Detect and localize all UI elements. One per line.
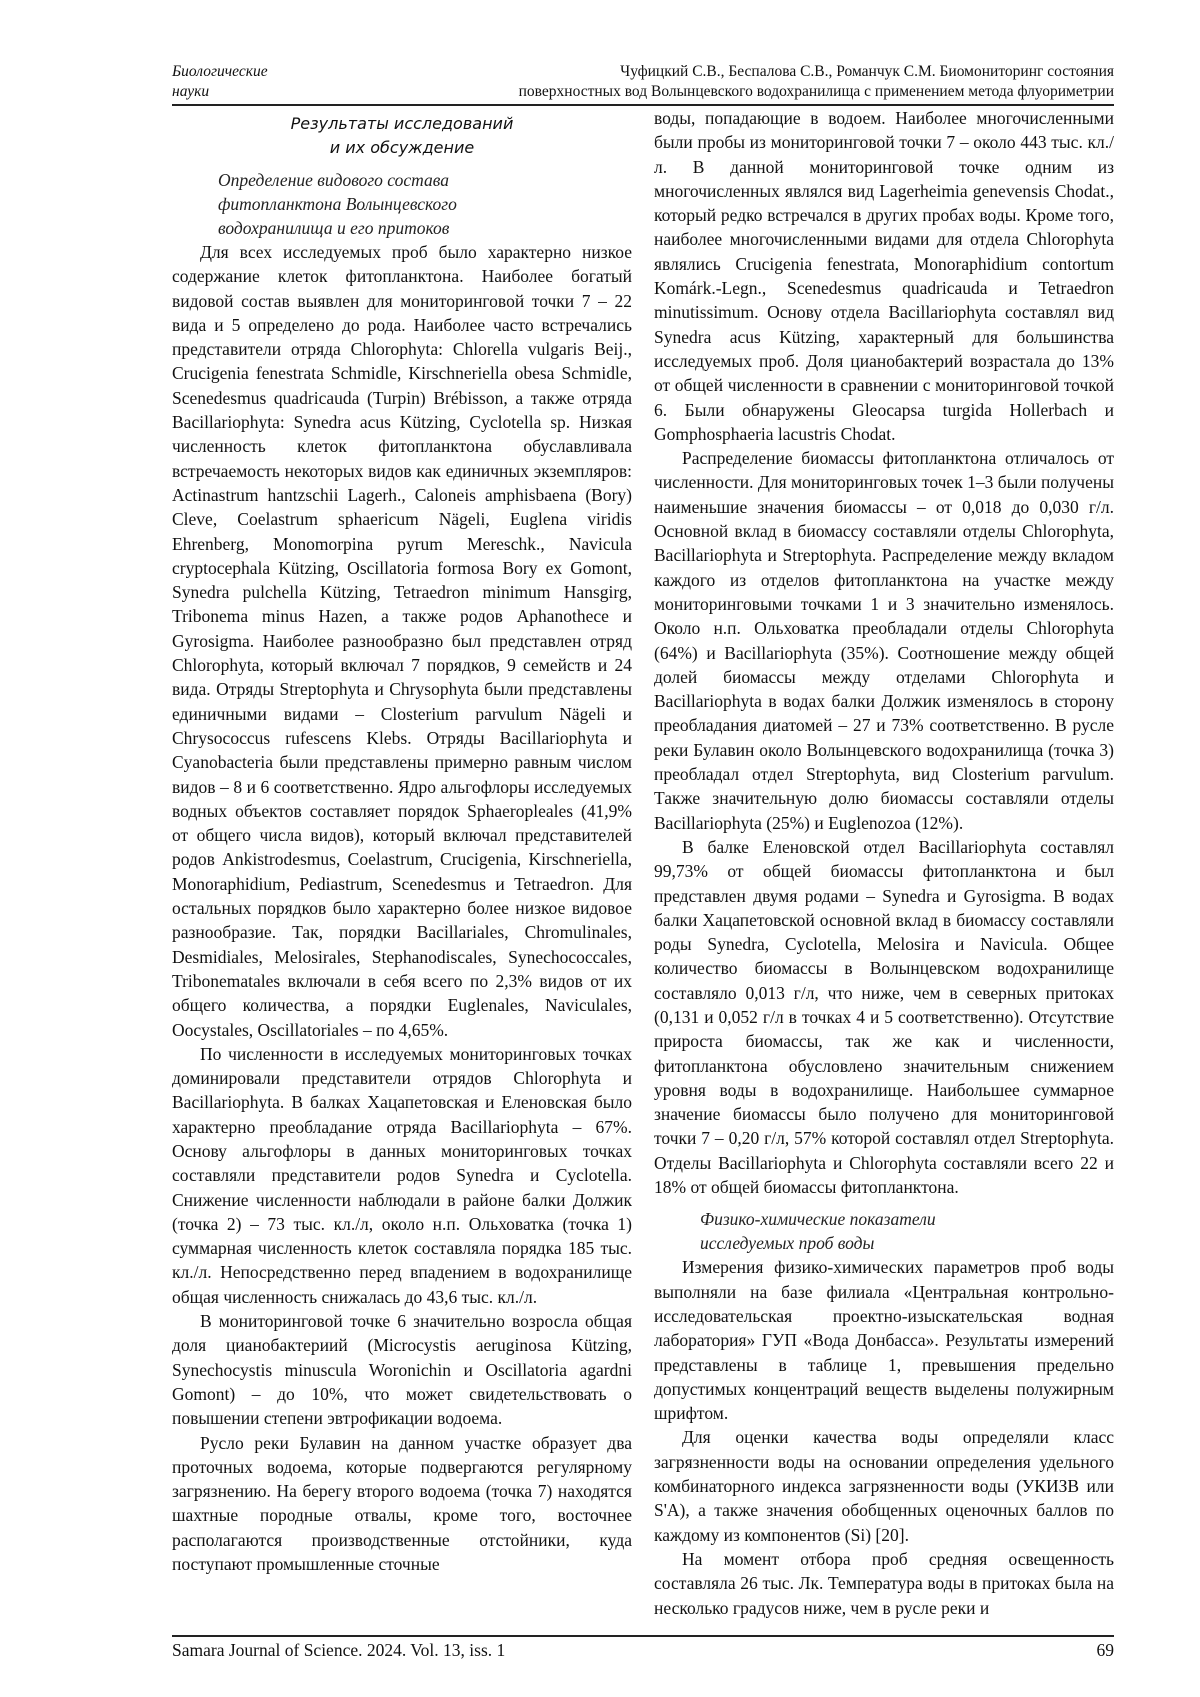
paragraph: Для оценки качества воды определяли клас… xyxy=(654,1425,1114,1546)
paragraph: воды, попадающие в водоем. Наиболее мног… xyxy=(654,106,1114,446)
subsection-title-line3: водохранилища и его притоков xyxy=(218,216,632,240)
right-column: воды, попадающие в водоем. Наиболее мног… xyxy=(654,106,1114,1620)
subsection-title-line2: исследуемых проб воды xyxy=(700,1231,1114,1255)
section-title-line2: и их обсуждение xyxy=(172,136,632,160)
body-columns: Результаты исследований и их обсуждение … xyxy=(172,106,1114,1673)
header-right-line1: Чуфицкий С.В., Беспалова С.В., Романчук … xyxy=(519,62,1114,82)
subsection-title-line2: фитопланктона Волынцевского xyxy=(218,192,632,216)
header-left-line1: Биологические xyxy=(172,62,268,82)
subsection-title: Определение видового состава фитопланкто… xyxy=(218,168,632,240)
footer-journal-citation: Samara Journal of Science. 2024. Vol. 13… xyxy=(172,1640,505,1660)
section-title: Результаты исследований и их обсуждение xyxy=(172,112,632,160)
header-right-line2: поверхностных вод Волынцевского водохран… xyxy=(519,82,1114,102)
running-footer: Samara Journal of Science. 2024. Vol. 13… xyxy=(172,1635,1114,1662)
paragraph: В мониторинговой точке 6 значительно воз… xyxy=(172,1309,632,1430)
journal-page: Биологические науки Чуфицкий С.В., Беспа… xyxy=(172,62,1114,106)
subsection-title: Физико-химические показатели исследуемых… xyxy=(700,1207,1114,1255)
section-title-line1: Результаты исследований xyxy=(172,112,632,136)
paragraph: На момент отбора проб средняя освещеннос… xyxy=(654,1547,1114,1620)
paragraph: По численности в исследуемых мониторинго… xyxy=(172,1042,632,1309)
subsection-title-line1: Определение видового состава xyxy=(218,168,632,192)
header-article-citation: Чуфицкий С.В., Беспалова С.В., Романчук … xyxy=(519,62,1114,102)
paragraph: Русло реки Булавин на данном участке обр… xyxy=(172,1431,632,1577)
header-section-label: Биологические науки xyxy=(172,62,268,102)
paragraph: Измерения физико-химических параметров п… xyxy=(654,1255,1114,1425)
paragraph: Для всех исследуемых проб было характерн… xyxy=(172,240,632,1042)
paragraph: В балке Еленовской отдел Bacillariophyta… xyxy=(654,835,1114,1199)
header-left-line2: науки xyxy=(172,82,268,102)
left-column: Результаты исследований и их обсуждение … xyxy=(172,106,632,1576)
subsection-title-line1: Физико-химические показатели xyxy=(700,1207,1114,1231)
running-header: Биологические науки Чуфицкий С.В., Беспа… xyxy=(172,62,1114,106)
paragraph: Распределение биомассы фитопланктона отл… xyxy=(654,446,1114,835)
page-number: 69 xyxy=(1097,1638,1115,1662)
